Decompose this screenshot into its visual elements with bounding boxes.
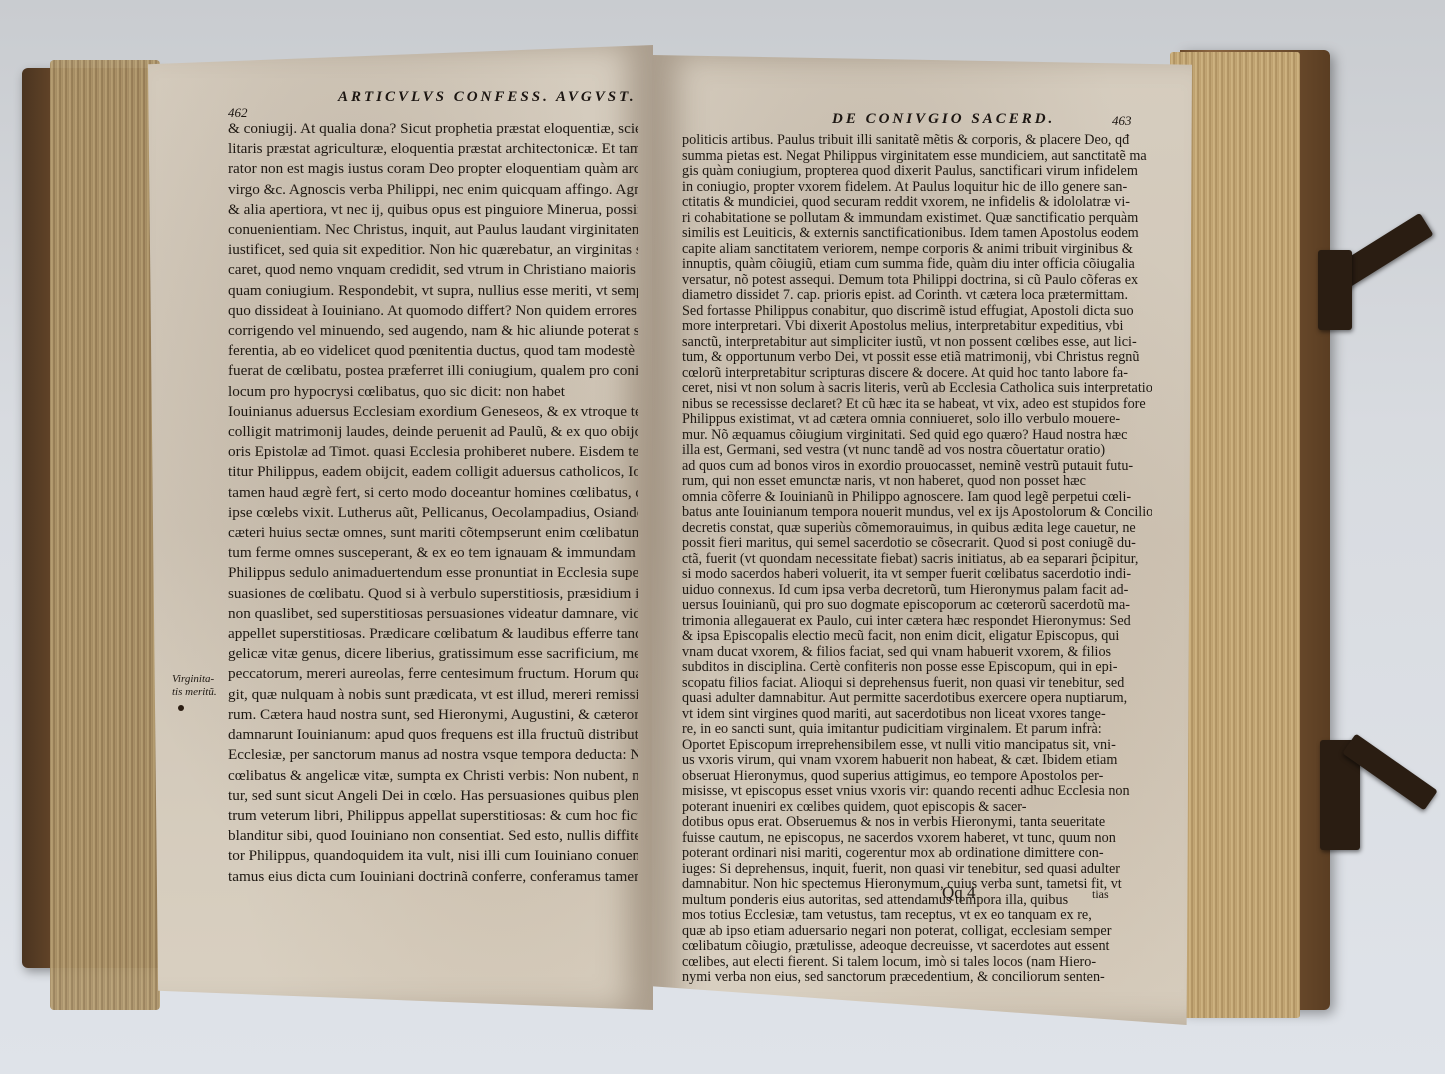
text-line: & ipsa Episcopalis electio mecũ facit, n… [682,629,1152,645]
text-line: ferentia, ab eo videlicet quod pœnitenti… [228,341,638,361]
right-page-number: 463 [1112,113,1132,129]
text-line: subditos in disciplina. Certè confiteris… [682,660,1152,676]
text-line: appellet superstitiosas. Prædicare cœlib… [228,624,638,644]
text-line: omnia cõferre & Iouinianũ in Philippo ag… [682,490,1152,506]
text-line: tamen haud ægrè fert, si certo modo doce… [228,483,638,503]
text-line: peccatorum, mereri aureolas, ferre cente… [228,664,638,684]
marginal-note-line: Virginita- [172,673,214,685]
text-line: ipse cœlebs vixit. Lutherus aũt, Pellica… [228,503,638,523]
left-page-block-edge [50,60,160,1010]
text-line: quæ ab ipso etiam aduersario negari non … [682,924,1152,940]
text-line: & coniugij. At qualia dona? Sicut prophe… [228,119,638,139]
text-line: batus ante Iouinianum tempora nouerit mu… [682,505,1152,521]
text-line: re, in eo sancti sunt, quia imitantur pu… [682,722,1152,738]
text-line: cœlibatus & angelicæ vitæ, sumpta ex Chr… [228,766,638,786]
text-line: rum. Cætera haud nostra sunt, sed Hieron… [228,705,638,725]
text-line: Iouinianus aduersus Ecclesiam exordium G… [228,402,638,422]
marginal-note: Virginita- tis meritũ. [172,673,217,699]
text-line: vt idem sint virgines quod mariti, aut s… [682,707,1152,723]
text-line: summa pietas est. Negat Philippus virgin… [682,149,1152,165]
text-line: colligit matrimonij laudes, deinde perue… [228,422,638,442]
text-line: quam coniugium. Respondebit, vt supra, n… [228,281,638,301]
text-line: misisse, vt episcopus esset vnius vxoris… [682,784,1152,800]
text-line: politicis artibus. Paulus tribuit illi s… [682,133,1152,149]
text-line: fuerat de cœlibatu, postea præferret ill… [228,361,638,381]
left-running-head: ARTICVLVS CONFESS. AVGVST. [338,89,637,106]
text-line: uersus Iouinianũ, qui pro suo dogmate ep… [682,598,1152,614]
text-line: Philippus sedulo animaduertendum esse pr… [228,563,638,583]
text-line: decretis constat, quæ superiùs cõmemorau… [682,521,1152,537]
text-line: nibus se recessisse declaret? Et cũ hæc … [682,397,1152,413]
right-page: DE CONIVGIO SACERD. 463 politicis artibu… [652,55,1192,1025]
text-line: innuptis, quàm cõiugiũ, etiam cum summa … [682,257,1152,273]
text-line: ri cohabitatione se pollutam & immundam … [682,211,1152,227]
text-line: Sed fortasse Philippus conabitur, quo di… [682,304,1152,320]
text-line: uiduo connexus. Id cum ipsa verba decret… [682,583,1152,599]
text-line: gis quàm coniugium, propterea quod dixer… [682,164,1152,180]
text-line: virgo &c. Agnoscis verba Philippi, nec e… [228,180,638,200]
text-line: nymi verba non eius, sed sanctorum præce… [682,970,1152,986]
text-line: quo dissideat à Iouiniano. At quomodo di… [228,301,638,321]
text-line: fuisse cautum, ne episcopus, ne sacerdos… [682,831,1152,847]
left-page-text: & coniugij. At qualia dona? Sicut prophe… [228,119,638,887]
text-line: tum ferme omnes susceperant, & ex eo tem… [228,543,638,563]
text-line: diametro dissidet 7. cap. prioris epist.… [682,288,1152,304]
text-line: caret, quod nemo vnquam credidit, sed vt… [228,260,638,280]
text-line: iuges: Si deprehensus, inquit, fuerit, n… [682,862,1152,878]
text-line: mur. Nõ æquamus cõiugium virginitati. Se… [682,428,1152,444]
text-line: Oportet Episcopum irreprehensibilem esse… [682,738,1152,754]
text-line: litaris præstat agriculturæ, eloquentia … [228,139,638,159]
text-line: rator non est magis iustus coram Deo pro… [228,159,638,179]
book-photo: 462 ARTICVLVS CONFESS. AVGVST. & coniugi… [0,0,1445,1074]
text-line: ctitatis & mundiciei, quod securam reddi… [682,195,1152,211]
text-line: quasi adulter damnabitur. Aut permitte s… [682,691,1152,707]
text-line: non quaslibet, sed superstitiosas persua… [228,604,638,624]
marginal-note-line: tis meritũ. [172,686,217,698]
text-line: more interpretari. Vbi dixerit Apostolus… [682,319,1152,335]
text-line: suasiones de cœlibatu. Quod si à verbulo… [228,584,638,604]
text-line: corrigendo vel minuendo, sed augendo, na… [228,321,638,341]
text-line: locum pro hypocrysi cœlibatus, quo sic d… [228,382,638,402]
text-line: scopatu filios faciat. Alioqui si depreh… [682,676,1152,692]
text-line: capite aliam sanctitatem veriorem, nempe… [682,242,1152,258]
text-line: in coniugio, propter vxorem fidelem. At … [682,180,1152,196]
text-line: git, quæ nulquam à nobis sunt prædicata,… [228,685,638,705]
text-line: titur Philippus, eadem obijcit, eadem co… [228,462,638,482]
ink-spot [178,705,184,711]
text-line: us vxoris virum, qui vnam vxorem habueri… [682,753,1152,769]
text-line: ad quos cum ad bonos viros in exordio pr… [682,459,1152,475]
text-line: tur, sed sunt sicut Angeli Dei in cœlo. … [228,786,638,806]
left-page: 462 ARTICVLVS CONFESS. AVGVST. & coniugi… [148,45,653,1010]
upper-clasp-mount [1318,250,1352,330]
text-line: cœlorũ interpretabitur scripturas discer… [682,366,1152,382]
text-line: similis est Leuiticis, & externis sancti… [682,226,1152,242]
text-line: oris Epistolæ ad Timot. quasi Ecclesia p… [228,442,638,462]
text-line: Ecclesiæ, per sanctorum manus ad nostra … [228,745,638,765]
text-line: damnabitur. Non hic spectemus Hieronymum… [682,877,1152,893]
text-line: gelicæ vitæ genus, dicere liberius, grat… [228,644,638,664]
text-line: ceret, nisi vt non solum à sacris literi… [682,381,1152,397]
text-line: tor Philippus, quandoquidem ita vult, ni… [228,846,638,866]
text-line: illa est, Germani, sed vestra (vt nunc t… [682,443,1152,459]
text-line: ctã, fuerit (vt quondam necessitate fieb… [682,552,1152,568]
text-line: dotibus opus erat. Obseruemus & nos in v… [682,815,1152,831]
text-line: tamus eius dicta cum Iouiniani doctrinã … [228,867,638,887]
text-line: rum, qui non esset emunctæ naris, vt non… [682,474,1152,490]
text-line: iustificet, sed quia sit expeditior. Non… [228,240,638,260]
text-line: blanditur sibi, quod Iouiniano non conse… [228,826,638,846]
text-line: possit fieri maritus, qui semel sacerdot… [682,536,1152,552]
text-line: poterant ordinari nisi mariti, cogerentu… [682,846,1152,862]
text-line: trum veterum libri, Philippus appellat s… [228,806,638,826]
signature-mark: Qq 4 [942,883,976,903]
text-line: sanctũ, interpretabitur aut simpliciter … [682,335,1152,351]
text-line: cœlibatum cõiugio, prætulisse, adeoque d… [682,939,1152,955]
text-line: trimonia allegauerat ex Paulo, cui inter… [682,614,1152,630]
text-line: & alia apertiora, vt nec ij, quibus opus… [228,200,638,220]
text-line: cæteri huius sectæ omnes, sunt mariti cõ… [228,523,638,543]
text-line: damnarunt Iouinianum: apud quos frequens… [228,725,638,745]
text-line: cœlibes, aut electi fierent. Si talem lo… [682,955,1152,971]
text-line: si modo sacerdos haberi voluerit, ita vt… [682,567,1152,583]
catchword: tias [1092,887,1109,902]
right-running-head: DE CONIVGIO SACERD. [832,111,1055,128]
text-line: poterant inueniri ex cœlibes quidem, quo… [682,800,1152,816]
text-line: Philippus existimat, vt ad cætera omnia … [682,412,1152,428]
right-page-text: politicis artibus. Paulus tribuit illi s… [682,133,1152,986]
text-line: mos totius Ecclesiæ, tam vetustus, tam r… [682,908,1152,924]
text-line: conuenientiam. Nec Christus, inquit, aut… [228,220,638,240]
text-line: versatur, nõ potest assequi. Demum tota … [682,273,1152,289]
text-line: obseruat Hieronymus, quod superius attig… [682,769,1152,785]
text-line: multum ponderis eius autoritas, sed atte… [682,893,1152,909]
text-line: tum, & opportunum verbo Dei, vt possit e… [682,350,1152,366]
text-line: vnam ducat vxorem, & filios faciat, sed … [682,645,1152,661]
